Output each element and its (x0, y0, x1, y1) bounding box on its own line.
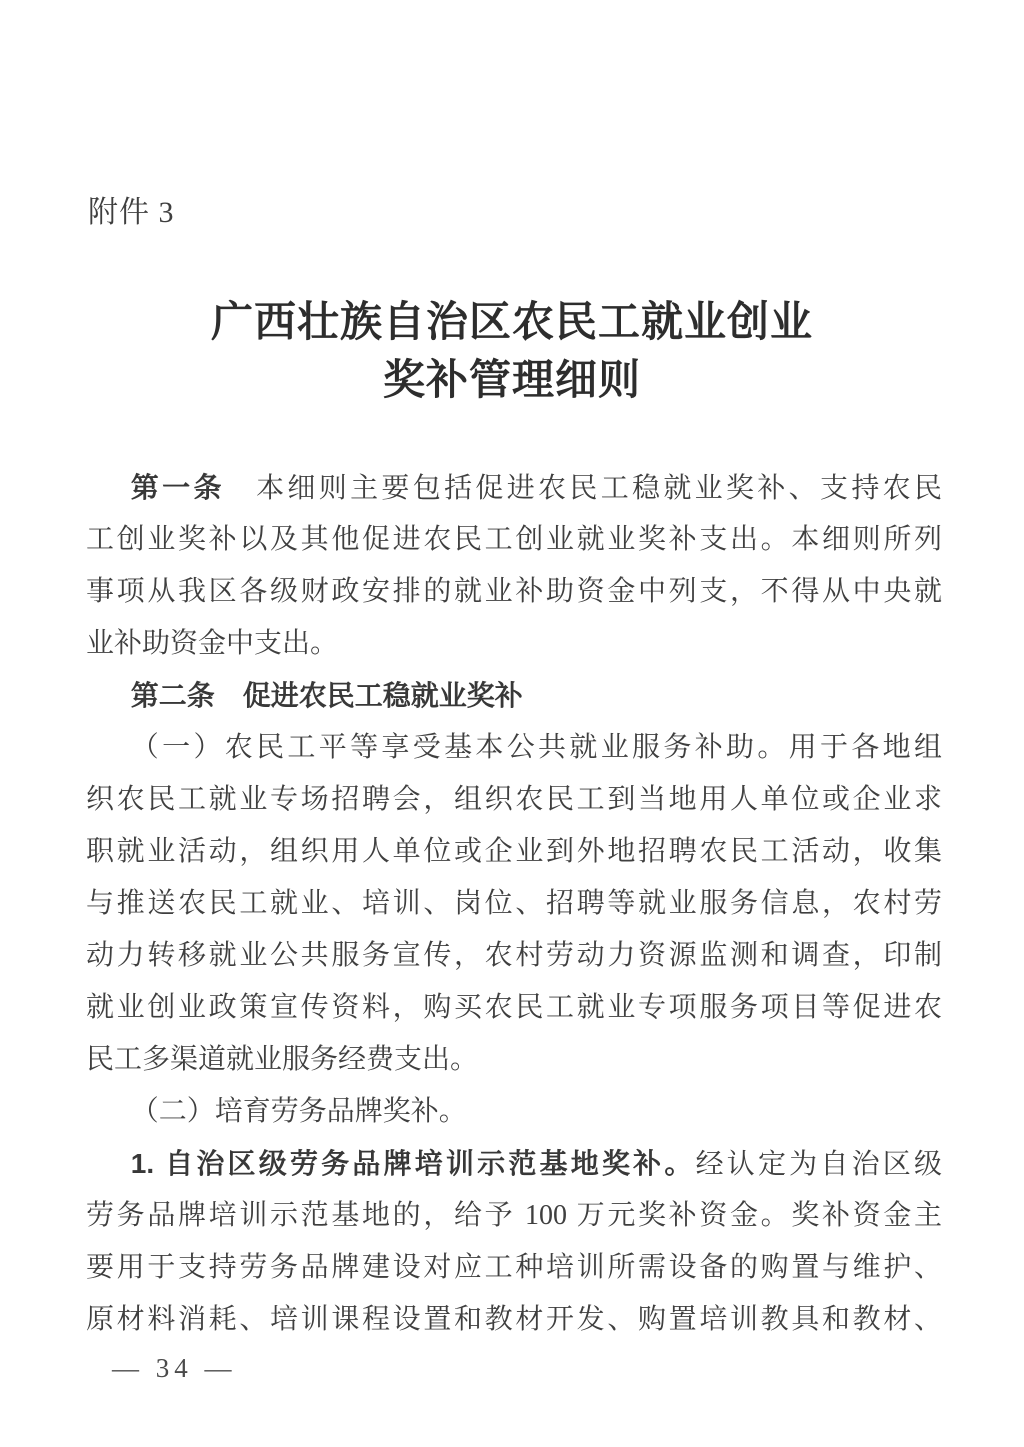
body-text: 动力转移就业公共服务宣传，农村劳动力资源监测和调查，印制 (86, 940, 942, 971)
body-line: 第一条 本细则主要包括促进农民工稳就业奖补、支持农民 (86, 462, 942, 514)
body-text: 织农民工就业专场招聘会，组织农民工到当地用人单位或企业求 (86, 784, 942, 815)
title-line-1: 广西壮族自治区农民工就业创业 (0, 294, 1024, 352)
body-line: 第二条 促进农民工稳就业奖补 (86, 670, 942, 722)
body-line: 原材料消耗、培训课程设置和教材开发、购置培训教具和教材、 (86, 1294, 942, 1346)
body-text: 工创业奖补以及其他促进农民工创业就业奖补支出。本细则所列 (86, 524, 942, 555)
body-line: 要用于支持劳务品牌建设对应工种培训所需设备的购置与维护、 (86, 1242, 942, 1294)
body-line: 工创业奖补以及其他促进农民工创业就业奖补支出。本细则所列 (86, 514, 942, 566)
body-line: 事项从我区各级财政安排的就业补助资金中列支，不得从中央就 (86, 566, 942, 618)
body-text: 劳务品牌培训示范基地的，给予 100 万元奖补资金。奖补资金主 (86, 1200, 942, 1231)
body-text: 本细则主要包括促进农民工稳就业奖补、支持农民 (225, 473, 942, 504)
body-line: 织农民工就业专场招聘会，组织农民工到当地用人单位或企业求 (86, 774, 942, 826)
body-line: 动力转移就业公共服务宣传，农村劳动力资源监测和调查，印制 (86, 930, 942, 982)
body-text: 经认定为自治区级 (696, 1149, 942, 1180)
title-line-2: 奖补管理细则 (0, 352, 1024, 410)
article-1-heading: 第一条 (131, 472, 225, 503)
body-text: 事项从我区各级财政安排的就业补助资金中列支，不得从中央就 (86, 576, 942, 607)
body-line: 职就业活动，组织用人单位或企业到外地招聘农民工活动，收集 (86, 826, 942, 878)
page-number: — 34 — (112, 1350, 237, 1386)
item-1-heading: 1. 自治区级劳务品牌培训示范基地奖补。 (131, 1148, 696, 1179)
body-text: （二）培育劳务品牌奖补。 (131, 1096, 467, 1127)
body-text: 要用于支持劳务品牌建设对应工种培训所需设备的购置与维护、 (86, 1252, 942, 1283)
document-page: 附件 3 广西壮族自治区农民工就业创业 奖补管理细则 第一条 本细则主要包括促进… (0, 0, 1024, 1447)
body-text: 原材料消耗、培训课程设置和教材开发、购置培训教具和教材、 (86, 1304, 942, 1335)
body-line: （二）培育劳务品牌奖补。 (86, 1086, 942, 1138)
body-line: 与推送农民工就业、培训、岗位、招聘等就业服务信息，农村劳 (86, 878, 942, 930)
document-title: 广西壮族自治区农民工就业创业 奖补管理细则 (0, 294, 1024, 410)
article-2-heading: 第二条 促进农民工稳就业奖补 (131, 680, 523, 711)
body-text: 就业创业政策宣传资料，购买农民工就业专项服务项目等促进农 (86, 992, 942, 1023)
body-line: 劳务品牌培训示范基地的，给予 100 万元奖补资金。奖补资金主 (86, 1190, 942, 1242)
body-text: 业补助资金中支出。 (86, 628, 338, 659)
document-body: 第一条 本细则主要包括促进农民工稳就业奖补、支持农民 工创业奖补以及其他促进农民… (86, 462, 942, 1346)
body-line: 民工多渠道就业服务经费支出。 (86, 1034, 942, 1086)
body-text: 职就业活动，组织用人单位或企业到外地招聘农民工活动，收集 (86, 836, 942, 867)
body-text: （一）农民工平等享受基本公共就业服务补助。用于各地组 (131, 732, 942, 763)
body-line: 业补助资金中支出。 (86, 618, 942, 670)
body-line: 就业创业政策宣传资料，购买农民工就业专项服务项目等促进农 (86, 982, 942, 1034)
body-text: 民工多渠道就业服务经费支出。 (86, 1044, 478, 1075)
attachment-label: 附件 3 (88, 194, 175, 232)
body-text: 与推送农民工就业、培训、岗位、招聘等就业服务信息，农村劳 (86, 888, 942, 919)
body-line: （一）农民工平等享受基本公共就业服务补助。用于各地组 (86, 722, 942, 774)
body-line: 1. 自治区级劳务品牌培训示范基地奖补。经认定为自治区级 (86, 1138, 942, 1190)
